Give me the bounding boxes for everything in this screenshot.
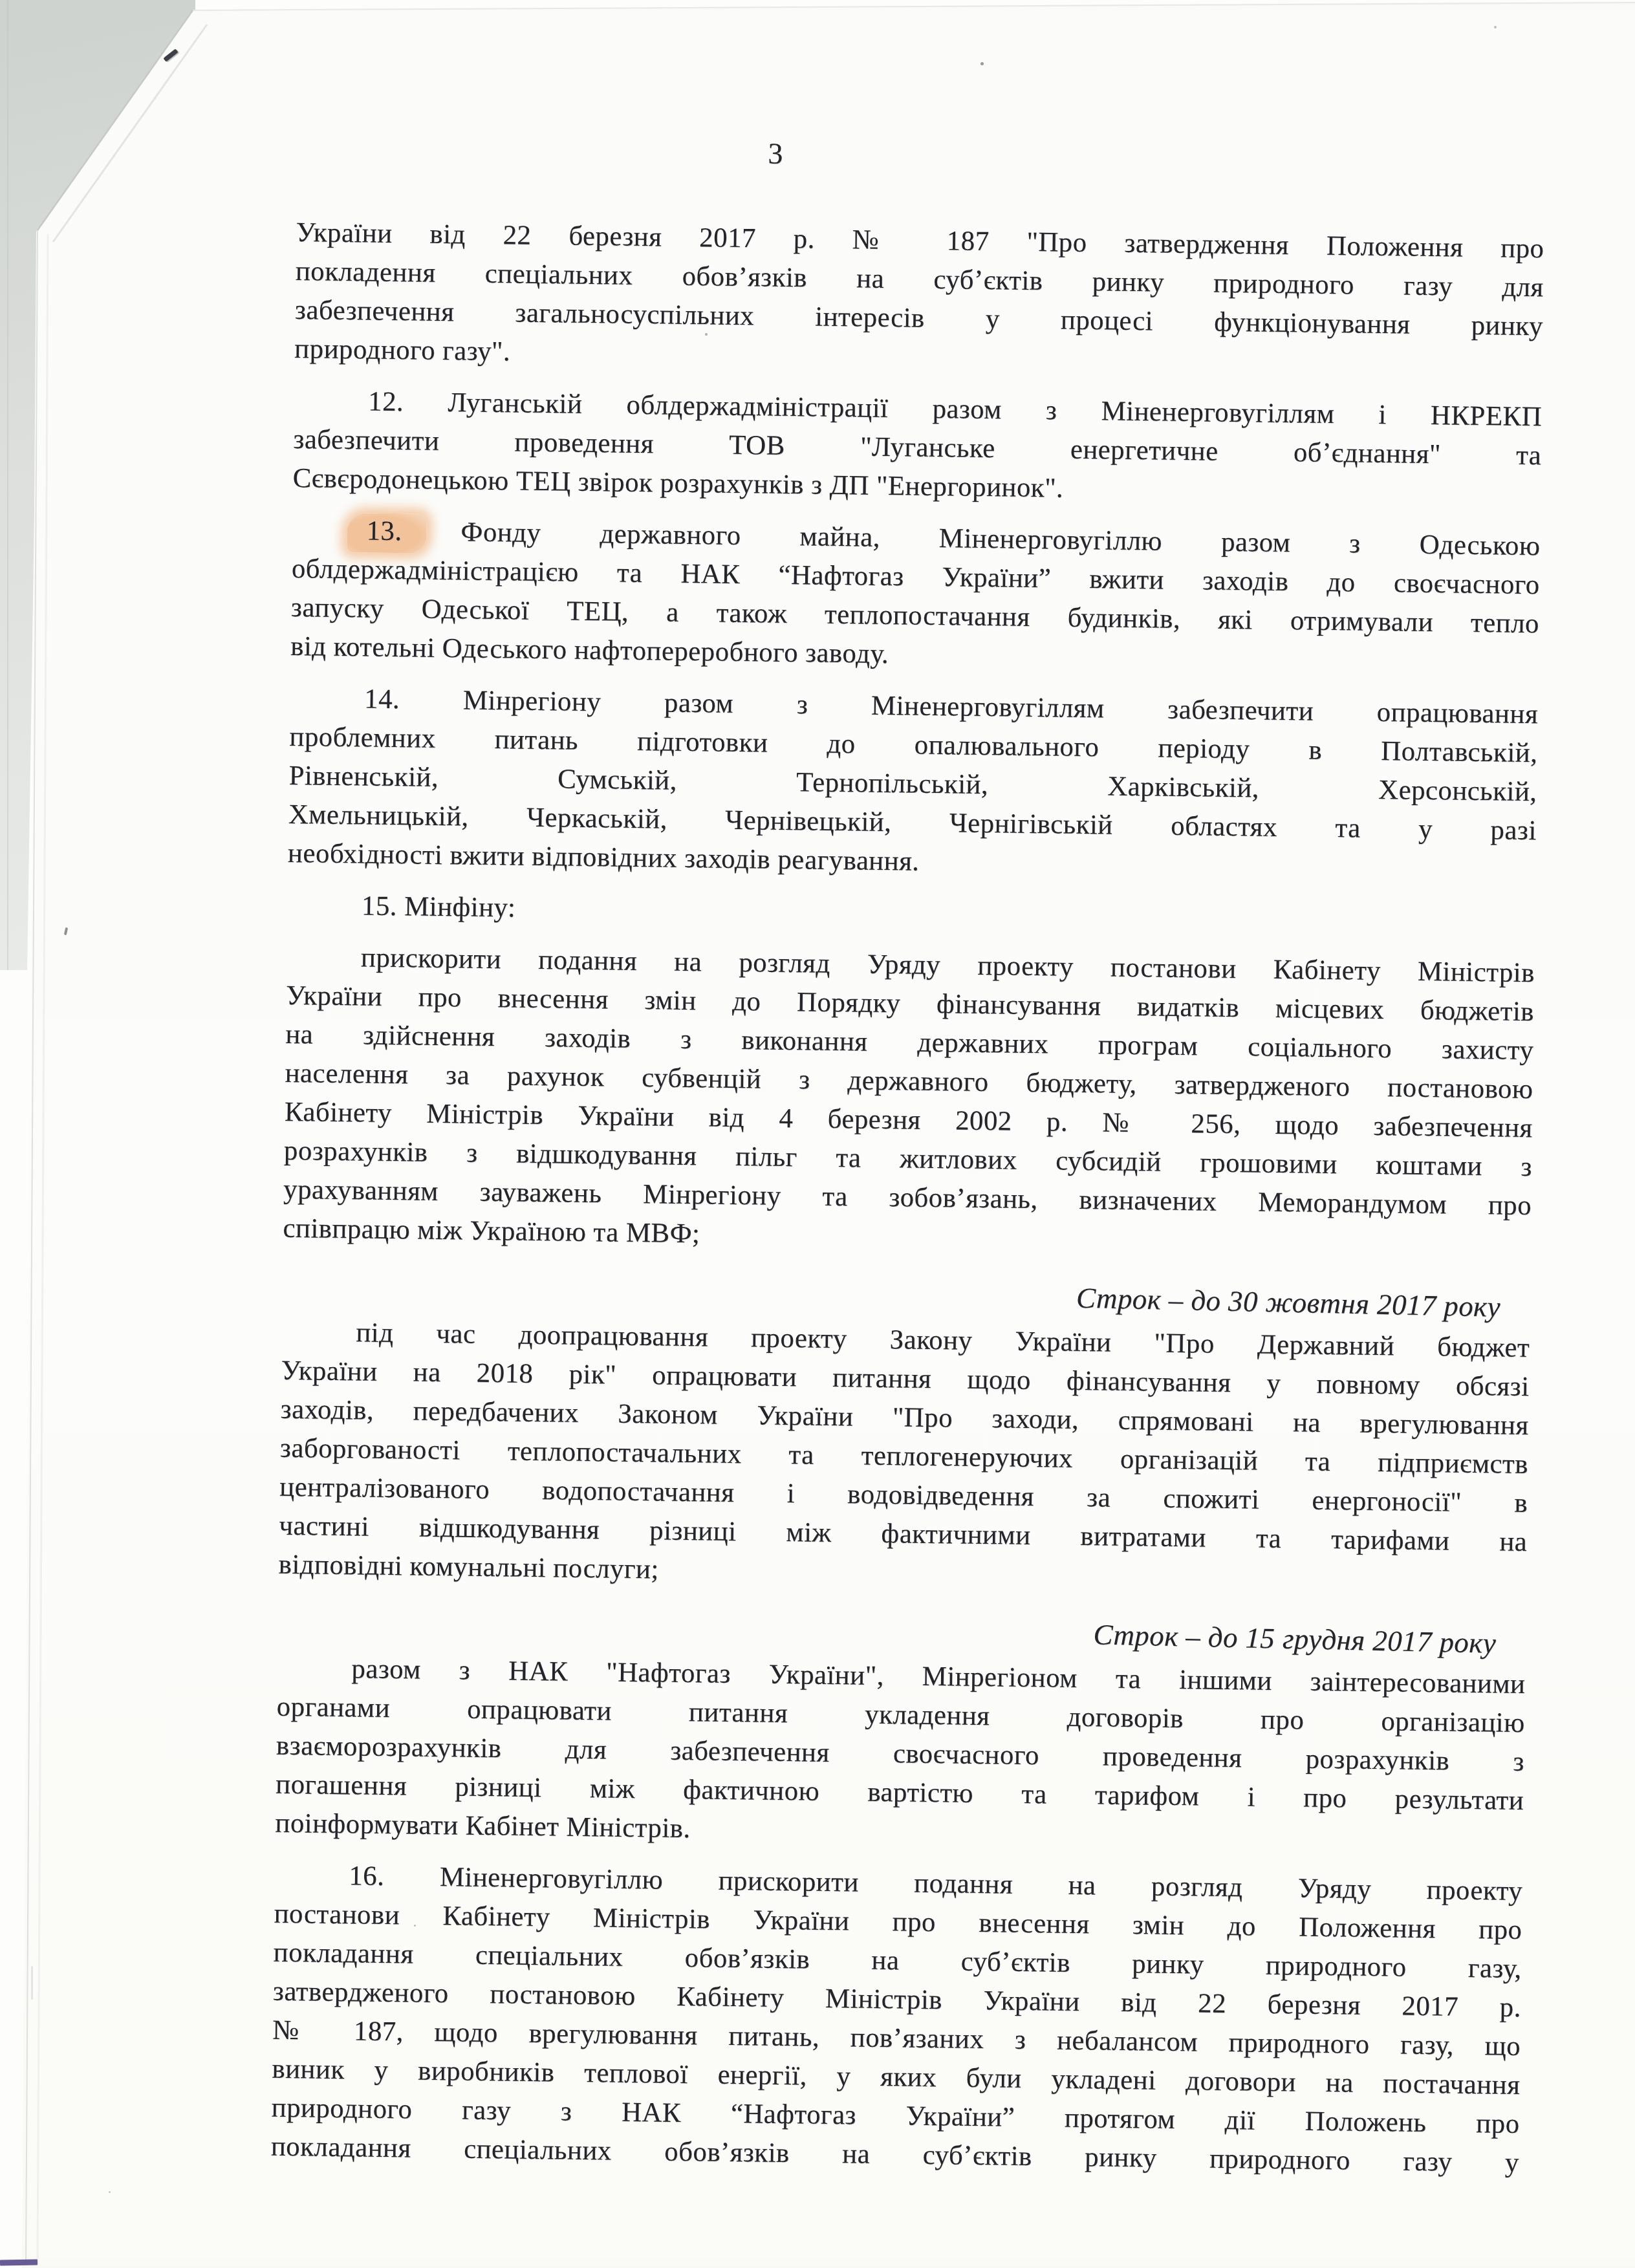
paragraph-15-sub-2: під час доопрацювання проекту Закону Укр… [278, 1313, 1530, 1601]
scan-speck [1494, 26, 1497, 28]
scan-streak [31, 1966, 33, 2000]
paragraph-12: 12. Луганській облдержадміністрації разо… [292, 382, 1542, 514]
highlight-mark: 13. [347, 513, 427, 554]
page-number: 3 [724, 134, 828, 174]
paragraph-15-sub-1: прискорити подання на розгляд Уряду прое… [283, 938, 1535, 1264]
paragraph-13: 13. Фонду державного майна, Міненерговуг… [290, 511, 1541, 682]
text-line: 15. Мінфіну: [287, 886, 1536, 941]
deadline-1: Строк – до 30 жовтня 2017 року [282, 1261, 1531, 1316]
scan-speck [109, 2191, 111, 2193]
scanned-document-page: 3 України від 22 березня 2017 р. № 187 "… [0, 0, 1635, 2268]
document-content: 3 України від 22 березня 2017 р. № 187 "… [270, 213, 1544, 2183]
paragraph-11-continued: України від 22 березня 2017 р. № 187 "Пр… [294, 213, 1544, 385]
ink-mark [0, 2259, 38, 2265]
deadline-2: Строк – до 15 грудня 2017 року [277, 1597, 1526, 1652]
paragraph-15-sub-3: разом з НАК "Нафтогаз України", Мінрегіо… [275, 1649, 1526, 1859]
document-blocks: України від 22 березня 2017 р. № 187 "Пр… [270, 213, 1544, 2183]
paragraph-15-heading: 15. Мінфіну: [287, 886, 1536, 941]
paragraph-16: 16. Міненерговугіллю прискорити подання … [270, 1856, 1522, 2183]
paragraph-14: 14. Мінрегіону разом з Міненерговугіллям… [288, 679, 1539, 889]
scan-speck [980, 62, 984, 65]
